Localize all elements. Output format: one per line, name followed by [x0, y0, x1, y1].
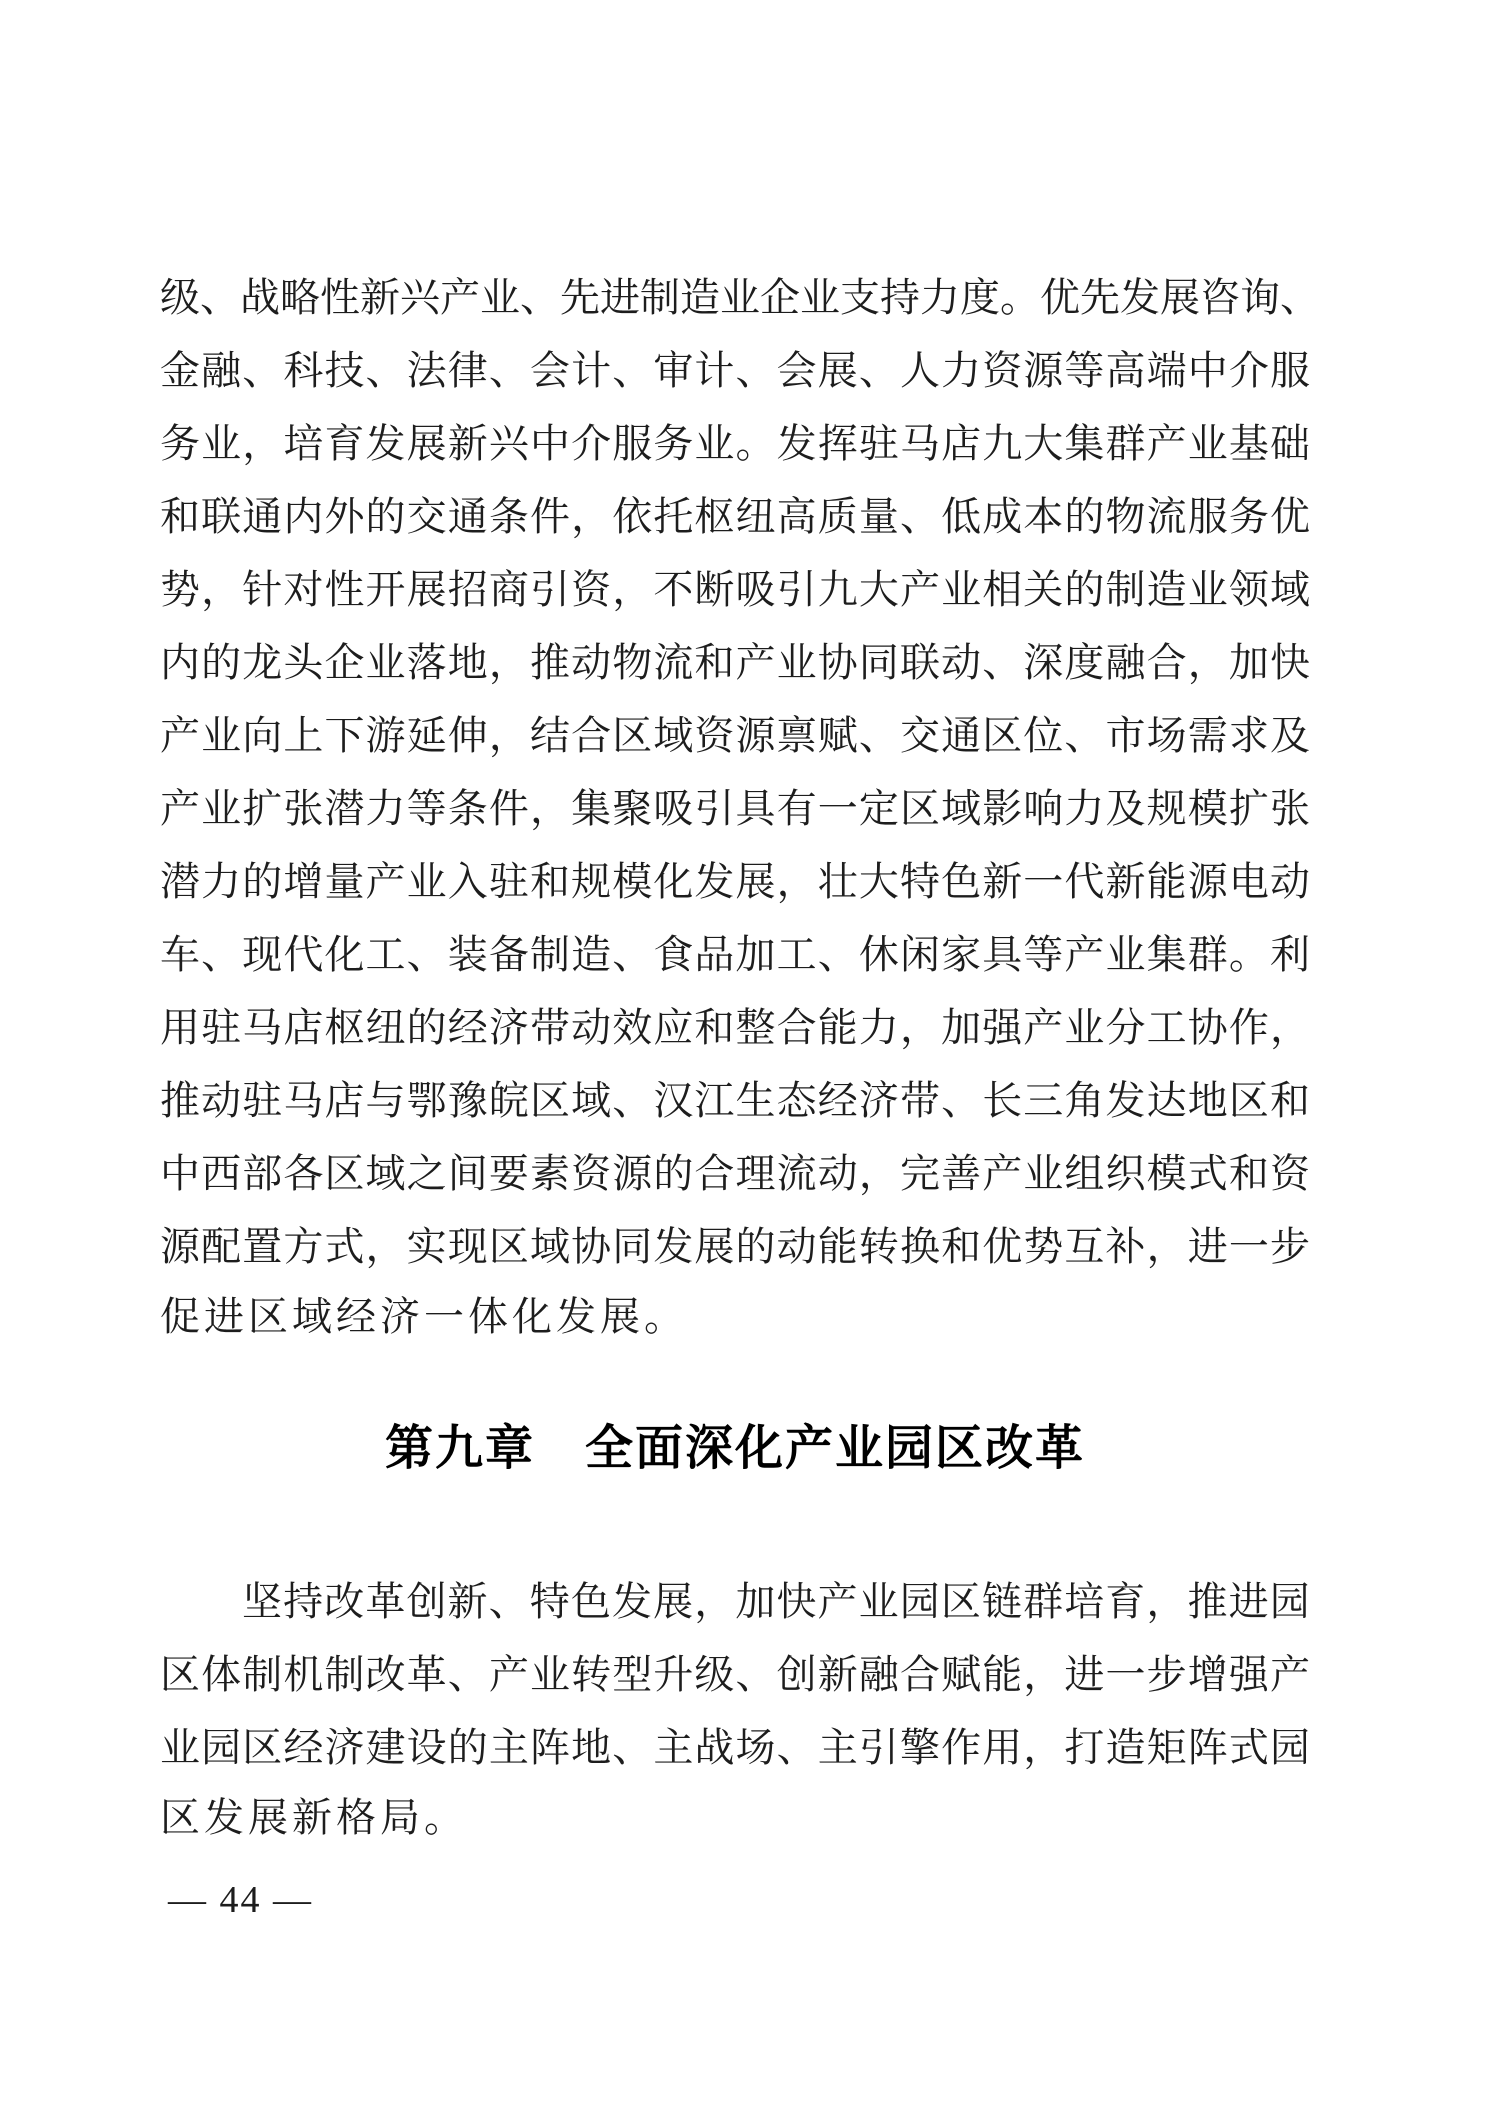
text-line: 坚持改革创新、特色发展，加快产业园区链群培育，推进园 [160, 1562, 1310, 1635]
text-line: 势，针对性开展招商引资，不断吸引九大产业相关的制造业领域 [160, 550, 1310, 623]
text-line: 产业扩张潜力等条件，集聚吸引具有一定区域影响力及规模扩张 [160, 769, 1310, 842]
page-footer: — 44 — [168, 1878, 313, 1922]
text-line: 促进区域经济一体化发展。 [160, 1280, 1310, 1353]
page-content: 级、战略性新兴产业、先进制造业企业支持力度。优先发展咨询、金融、科技、法律、会计… [160, 258, 1310, 1854]
text-line: 内的龙头企业落地，推动物流和产业协同联动、深度融合，加快 [160, 623, 1310, 696]
text-line: 级、战略性新兴产业、先进制造业企业支持力度。优先发展咨询、 [160, 258, 1310, 331]
continuation-paragraph: 级、战略性新兴产业、先进制造业企业支持力度。优先发展咨询、金融、科技、法律、会计… [160, 258, 1310, 1353]
text-line: 推动驻马店与鄂豫皖区域、汉江生态经济带、长三角发达地区和 [160, 1061, 1310, 1134]
text-line: 车、现代化工、装备制造、食品加工、休闲家具等产业集群。利 [160, 915, 1310, 988]
page-number: — 44 — [168, 1879, 313, 1921]
text-line: 业园区经济建设的主阵地、主战场、主引擎作用，打造矩阵式园 [160, 1708, 1310, 1781]
body-paragraph: 坚持改革创新、特色发展，加快产业园区链群培育，推进园区体制机制改革、产业转型升级… [160, 1562, 1310, 1854]
document-page: 级、战略性新兴产业、先进制造业企业支持力度。优先发展咨询、金融、科技、法律、会计… [0, 0, 1486, 2103]
text-line: 中西部各区域之间要素资源的合理流动，完善产业组织模式和资 [160, 1134, 1310, 1207]
text-line: 区发展新格局。 [160, 1781, 1310, 1854]
text-line: 金融、科技、法律、会计、审计、会展、人力资源等高端中介服 [160, 331, 1310, 404]
text-line: 源配置方式，实现区域协同发展的动能转换和优势互补，进一步 [160, 1207, 1310, 1280]
text-line: 用驻马店枢纽的经济带动效应和整合能力，加强产业分工协作， [160, 988, 1310, 1061]
chapter-heading: 第九章 全面深化产业园区改革 [160, 1411, 1310, 1487]
text-line: 潜力的增量产业入驻和规模化发展，壮大特色新一代新能源电动 [160, 842, 1310, 915]
text-line: 产业向上下游延伸，结合区域资源禀赋、交通区位、市场需求及 [160, 696, 1310, 769]
text-line: 务业，培育发展新兴中介服务业。发挥驻马店九大集群产业基础 [160, 404, 1310, 477]
text-line: 区体制机制改革、产业转型升级、创新融合赋能，进一步增强产 [160, 1635, 1310, 1708]
text-line: 和联通内外的交通条件，依托枢纽高质量、低成本的物流服务优 [160, 477, 1310, 550]
